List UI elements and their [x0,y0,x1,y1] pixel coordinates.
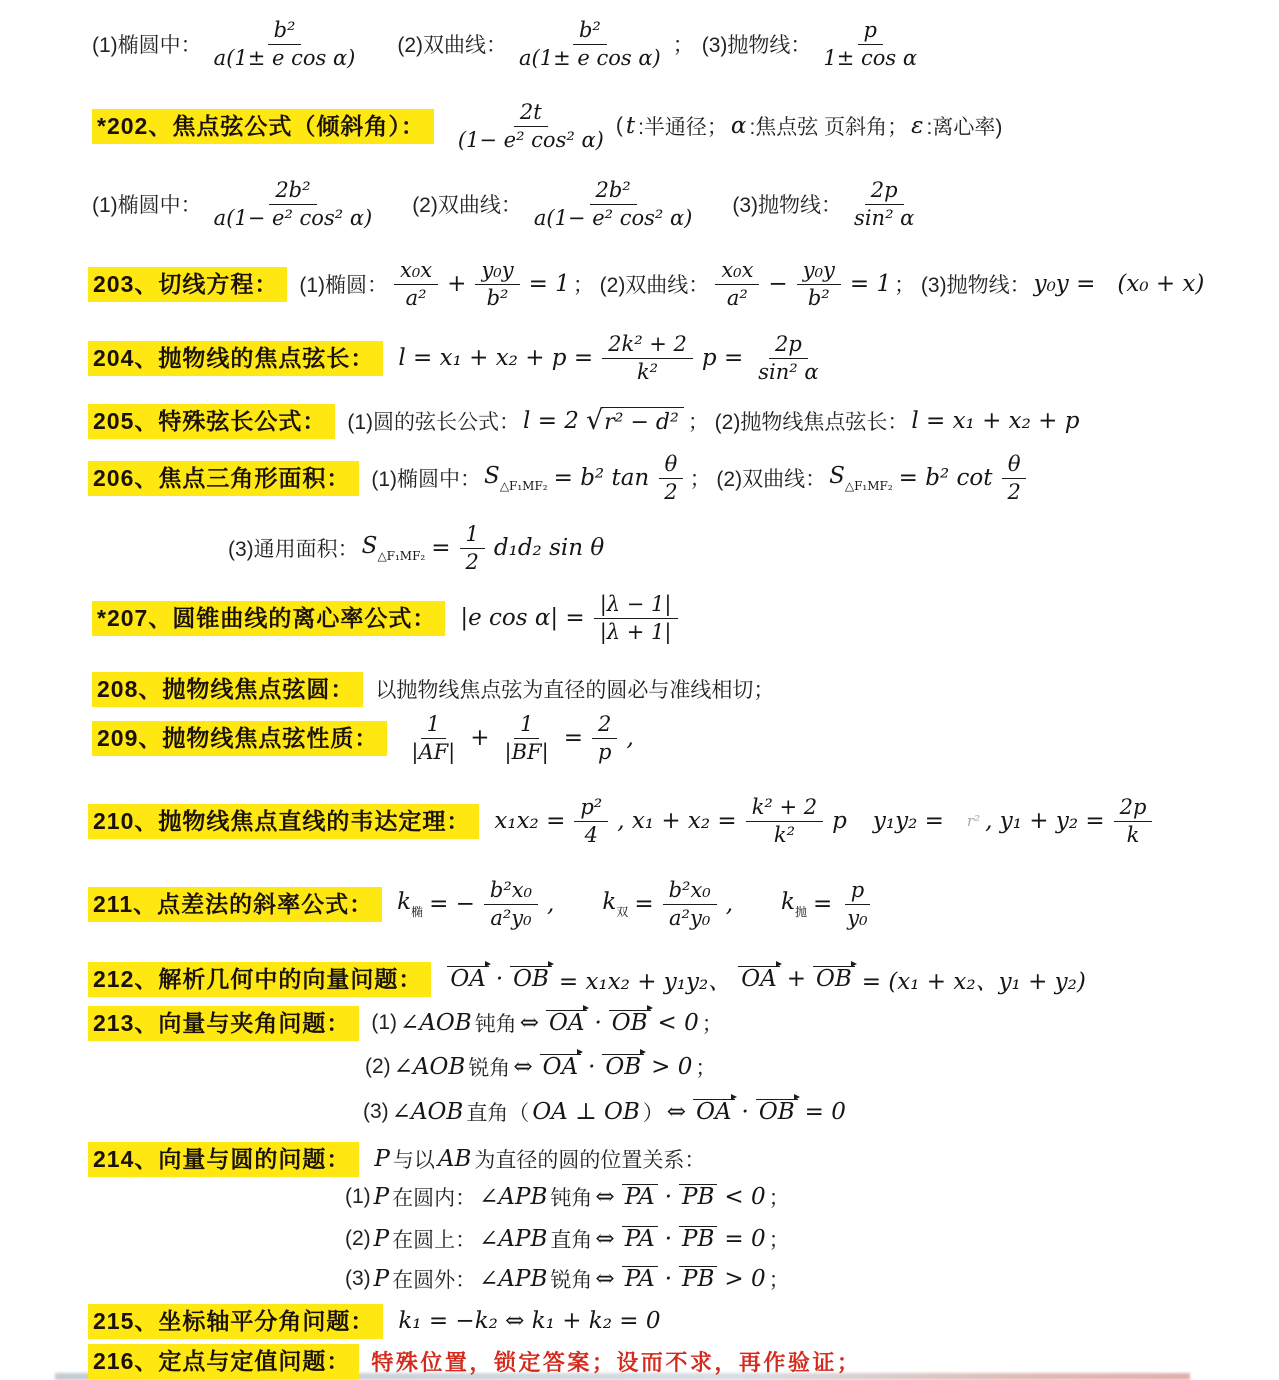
math-run: ∠APB [479,1266,547,1292]
fraction-denominator: a(1− e² cos² α) [528,205,699,231]
math-run: = x₁x₂ + y₁y₂、 [559,963,731,996]
item-heading: *207、圆锥曲线的离心率公式： [92,601,445,636]
math-run: ⇔ [513,1054,532,1080]
fraction-numerator: 2t [514,100,548,127]
barred-term: PA [622,1266,658,1292]
math-run: ∠APB [479,1226,547,1252]
math-run: = [634,891,653,917]
math-run: = (x₁ + x₂、y₁ + y₂) [862,963,1086,996]
formula-line: 204、抛物线的焦点弦长：l = x₁ + x₂ + p =2k² + 2k²p… [88,332,831,385]
fraction: 2pk [1114,795,1153,848]
fraction: 2k² + 2k² [602,332,693,385]
fraction-numerator: 1 [514,712,539,739]
subscript-text: △F₁MF₂ [500,479,548,493]
fraction-denominator: a² [721,285,754,311]
text-run: ； [673,29,694,59]
spacer [704,204,732,205]
spacer [736,904,778,905]
text-run: (3) [345,1267,371,1291]
item-heading: 206、焦点三角形面积： [88,461,359,496]
text-run: 在圆上： [392,1224,476,1254]
fraction-denominator: |AF| [405,739,461,765]
text-run: (2)双曲线： [412,189,522,219]
math-run: · [742,1099,749,1125]
math-run: · [594,1010,601,1036]
text-run: ； [702,1008,723,1038]
text-run: :焦点弦 页斜角； [749,111,908,141]
spacer [1098,284,1114,285]
math-run: ⇔ [595,1226,614,1252]
math-run: , [626,725,633,751]
fraction-numerator: 2b² [269,178,316,205]
text-run: ； [695,1052,716,1082]
fraction-denominator: 1± cos α [817,45,923,71]
fraction: b²x₀a²y₀ [484,878,538,931]
barred-term: PB [679,1226,717,1252]
math-run: + [787,966,806,992]
math-run: = − [429,891,475,917]
math-run: = b² cot [899,465,993,491]
math-run: = [431,535,450,561]
fraction: 12 [460,522,485,575]
fraction: 2t(1− e² cos² α) [452,100,610,153]
text-run: ； [769,1182,790,1212]
subscript-text: 双 [616,905,628,919]
barred-term: PA [622,1184,658,1210]
spacer [694,44,702,45]
math-run: ∠APB [479,1184,547,1210]
math-run: p = [702,345,743,371]
math-run: P [374,1146,389,1172]
formula-line: (2) ∠AOB 锐角 ⇔OA·OB> 0； [365,1052,716,1082]
formula-line: (2) P 在圆上： ∠APB 直角 ⇔PA·PB= 0； [345,1224,790,1254]
text-run: (1)椭圆中： [371,463,481,493]
fraction-denominator: a(1− e² cos² α) [208,205,379,231]
formula-line: (3) ∠AOB 直角（ OA ⊥ OB ） ⇔OA·OB= 0 [363,1097,849,1127]
fraction: p1± cos α [817,18,923,71]
fraction-numerator: 2p [1114,795,1153,822]
fraction-denominator: sin² α [848,205,920,231]
fraction: θ2 [658,452,683,505]
math-run: l = 2 [523,408,579,434]
text-run: (2) [345,1227,371,1251]
vector-term: OB [510,966,552,992]
math-run: = 1 [529,271,570,297]
formula-line: 203、切线方程：(1)椭圆：x₀xa²+y₀yb²= 1； (2)双曲线：x₀… [88,258,1207,311]
fraction-numerator: p [858,18,883,45]
fraction-denominator: y₀ [841,905,873,931]
fraction: 2b²a(1− e² cos² α) [208,178,379,231]
text-run: ； (2)双曲线： [690,463,827,493]
fraction-numerator: θ [1002,452,1027,479]
text-run: :离心率) [926,111,1002,141]
spacer [557,904,599,905]
math-run: P [374,1266,389,1292]
math-run: k₁ = −k₂ ⇔ k₁ + k₂ = 0 [398,1308,660,1334]
math-run: , [726,891,733,917]
fraction: py₀ [841,878,873,931]
fraction-denominator: (1− e² cos² α) [452,127,610,153]
item-heading: 210、抛物线焦点直线的韦达定理： [88,804,479,839]
text-run: 在圆内： [392,1182,476,1212]
math-run: P [374,1226,389,1252]
math-run: (x₀ + x) [1117,271,1204,297]
fraction-numerator: p² [574,795,608,822]
math-run: d₁d₂ sin θ [494,535,604,561]
math-run: ∠AOB [392,1099,464,1125]
text-run: (2) [365,1055,391,1079]
math-run: · [665,1226,672,1252]
fraction-denominator: k² [631,359,664,385]
fraction-denominator: a²y₀ [484,905,537,931]
math-run: · [496,966,503,992]
fraction: b²a(1± e cos α) [513,18,667,71]
formula-line: 211、点差法的斜率公式：k椭= −b²x₀a²y₀,k双=b²x₀a²y₀,k… [88,878,880,931]
formula-line: 214、向量与圆的问题：P 与以 AB 为直径的圆的位置关系： [88,1142,705,1177]
subscript-base: k [397,889,411,915]
item-heading: 212、解析几何中的向量问题： [88,962,431,997]
fraction-numerator: 2k² + 2 [602,332,693,359]
fraction-numerator: 2p [865,178,904,205]
math-run: l = x₁ + x₂ + p = [398,345,593,371]
text-run: 为直径的圆的位置关系： [474,1144,705,1174]
text-run: (1)椭圆： [299,269,388,299]
math-run: y₁y₂ = [873,808,944,834]
formula-line: 212、解析几何中的向量问题：OA·OB= x₁x₂ + y₁y₂、OA+OB=… [88,962,1089,997]
text-run: ） [643,1097,664,1127]
subscript-base: S [829,463,845,489]
math-run: = [813,891,832,917]
fraction-denominator: 4 [579,822,604,848]
text-run: (2)双曲线： [397,29,507,59]
formula-line: *202、焦点弦公式（倾斜角）：2t(1− e² cos² α)(t:半通径； … [92,100,1002,153]
subscripted-term: k椭 [397,889,423,920]
formula-line: (3) P 在圆外： ∠APB 锐角 ⇔PA·PB> 0； [345,1264,790,1294]
sqrt-expression: √r² − d² [586,407,684,435]
subscript-base: S [484,463,500,489]
text-run: ； [769,1224,790,1254]
text-run: ； (3)抛物线： [894,269,1031,299]
fraction-denominator: k² [768,822,801,848]
formula-sheet: (1)椭圆中：b²a(1± e cos α)(2)双曲线：b²a(1± e co… [0,0,1279,1380]
formula-line: (1)椭圆中：b²a(1± e cos α)(2)双曲线：b²a(1± e co… [92,18,929,71]
subscript-text: 抛 [795,905,807,919]
vector-term: OB [813,966,855,992]
fraction: 1|BF| [499,712,555,765]
fraction-denominator: 2 [1001,479,1026,505]
item-heading: 211、点差法的斜率公式： [88,887,382,922]
math-run: − [768,271,787,297]
vector-term: OA [546,1010,587,1036]
item-heading: 216、定点与定值问题： [88,1344,359,1379]
math-run: t [626,113,635,139]
fraction-numerator: b² [268,18,302,45]
fraction-numerator: b²x₀ [663,878,717,905]
formula-line: 213、向量与夹角问题：(1) ∠AOB 钝角 ⇔OA·OB< 0； [88,1006,723,1041]
subscript-base: k [781,889,795,915]
text-run: (1)椭圆中： [92,29,202,59]
fraction-numerator: b² [573,18,607,45]
subscripted-term: k双 [602,889,628,920]
math-run: = 1 [850,271,891,297]
subscripted-term: k抛 [781,889,807,920]
fraction-denominator: a(1± e cos α) [513,45,667,71]
formula-line: 215、坐标轴平分角问题：k₁ = −k₂ ⇔ k₁ + k₂ = 0 [88,1304,663,1339]
math-run: ε [911,113,923,139]
vector-term: OA [693,1099,734,1125]
math-run: P [374,1184,389,1210]
fraction: b²x₀a²y₀ [663,878,717,931]
fraction-denominator: k [1121,822,1146,848]
item-heading: 208、抛物线焦点弦圆： [92,672,363,707]
subscripted-term: S△F₁MF₂ [829,463,893,493]
fraction-denominator: |λ + 1| [594,619,678,645]
fraction-numerator: 2b² [590,178,637,205]
text-run: 钝角 [475,1008,517,1038]
spacer [367,44,397,45]
fraction-numerator: k² + 2 [746,795,823,822]
math-run: < 0 [658,1010,699,1036]
fraction: b²a(1± e cos α) [208,18,362,71]
math-run: x₁x₂ = [494,808,565,834]
item-heading: 215、坐标轴平分角问题： [88,1304,383,1339]
math-run: p [832,808,847,834]
math-run: l = x₁ + x₂ + p [911,408,1079,434]
faint-term: r² [967,812,980,830]
radicand: r² − d² [603,407,684,435]
fraction: 2p [592,712,617,765]
math-run: < 0 [724,1184,765,1210]
text-run: (3)通用面积： [228,533,359,563]
fraction-numerator: 1 [421,712,446,739]
formula-line: 206、焦点三角形面积：(1)椭圆中： S△F₁MF₂= b² tanθ2； (… [88,452,1033,505]
math-run: y₀y = [1034,271,1096,297]
text-run: ； [769,1264,790,1294]
fraction-denominator: a(1± e cos α) [208,45,362,71]
barred-term: PB [679,1184,717,1210]
fraction: |λ − 1||λ + 1| [594,592,678,645]
math-run: + [447,271,466,297]
math-run: = 0 [724,1226,765,1252]
vector-term: OA [540,1054,581,1080]
spacer [947,821,965,822]
text-run: ； (2)抛物线焦点弦长： [688,406,909,436]
subscripted-term: S△F₁MF₂ [484,463,548,493]
fraction: θ2 [1001,452,1026,505]
formula-line: 205、特殊弦长公式：(1)圆的弦长公式： l = 2√r² − d²； (2)… [88,404,1082,439]
barred-term: PA [622,1226,658,1252]
radical-sign-icon: √ [586,407,603,434]
item-heading: 213、向量与夹角问题： [88,1006,359,1041]
item-heading: 214、向量与圆的问题： [88,1142,359,1177]
item-heading: 209、抛物线焦点弦性质： [92,721,387,756]
text-run: 以抛物线焦点弦为直径的圆必与准线相切； [375,674,774,704]
text-run: (3) [363,1100,389,1124]
text-run: 直角 [550,1224,592,1254]
fraction-denominator: p [592,739,617,765]
text-run: (3)抛物线： [702,29,812,59]
barred-term: PB [679,1266,717,1292]
vector-term: OA [738,966,779,992]
text-run: 锐角 [550,1264,592,1294]
item-heading: 203、切线方程： [88,267,287,302]
math-run: , [547,891,554,917]
math-run: AB [438,1146,472,1172]
vector-term: OA [447,966,488,992]
fraction-numerator: |λ − 1| [594,592,678,619]
math-run: · [665,1184,672,1210]
fraction-numerator: p [845,878,870,905]
fraction: x₀xa² [394,258,438,311]
fraction: x₀xa² [715,258,759,311]
math-run: ∠AOB [394,1054,466,1080]
text-run: :半通径； [638,111,728,141]
fraction-denominator: a² [400,285,433,311]
text-run: (3)抛物线： [732,189,842,219]
fraction: p²4 [574,795,608,848]
math-run: = b² tan [554,465,650,491]
item-heading: *202、焦点弦公式（倾斜角）： [92,109,434,144]
math-run: + [470,725,489,751]
text-run: ( [616,114,623,138]
fraction: y₀yb² [797,258,841,311]
fraction-denominator: a²y₀ [663,905,716,931]
formula-line: (3)通用面积： S△F₁MF₂=12d₁d₂ sin θ [228,522,607,575]
math-run: ⇔ [595,1266,614,1292]
fraction-denominator: |BF| [499,739,555,765]
fraction-denominator: b² [481,285,515,311]
item-heading: 205、特殊弦长公式： [88,404,335,439]
text-run: 在圆外： [392,1264,476,1294]
fraction-numerator: 2 [592,712,617,739]
math-run: ⇔ [595,1184,614,1210]
red-note: 特殊位置，锁定答案；设而不求，再作验证； [371,1346,861,1377]
fraction-numerator: θ [659,452,684,479]
fraction-denominator: 2 [460,549,485,575]
formula-line: 216、定点与定值问题：特殊位置，锁定答案；设而不求，再作验证； [88,1344,861,1379]
fraction-numerator: 2p [769,332,808,359]
fraction: k² + 2k² [746,795,823,848]
math-run: , y₁ + y₂ = [985,808,1105,834]
math-run: ⇔ [520,1010,539,1036]
vector-term: OB [756,1099,798,1125]
vector-term: OB [609,1010,651,1036]
text-run: 直角（ [466,1097,529,1127]
formula-line: (1)椭圆中：2b²a(1− e² cos² α)(2)双曲线：2b²a(1− … [92,178,926,231]
fraction: 2psin² α [752,332,824,385]
math-run: α [731,113,747,139]
vector-term: OB [602,1054,644,1080]
subscript-text: 椭 [411,905,423,919]
text-run: 钝角 [550,1182,592,1212]
fraction-numerator: x₀x [715,258,759,285]
fraction-denominator: b² [802,285,836,311]
math-run: · [665,1266,672,1292]
subscripted-term: S△F₁MF₂ [362,533,426,563]
subscript-text: △F₁MF₂ [377,549,425,563]
fraction: y₀yb² [475,258,519,311]
subscript-base: k [602,889,616,915]
math-run: OA ⊥ OB [532,1099,639,1125]
text-run: (1)椭圆中： [92,189,202,219]
fraction-numerator: b²x₀ [484,878,538,905]
formula-line: 210、抛物线焦点直线的韦达定理：x₁x₂ =p²4, x₁ + x₂ =k² … [88,795,1158,848]
math-run: > 0 [724,1266,765,1292]
formula-line: 208、抛物线焦点弦圆：以抛物线焦点弦为直径的圆必与准线相切； [92,672,774,707]
fraction: 1|AF| [405,712,461,765]
fraction-denominator: 2 [658,479,683,505]
math-run: · [588,1054,595,1080]
subscript-base: S [362,533,378,559]
fraction-denominator: sin² α [752,359,824,385]
subscript-text: △F₁MF₂ [845,479,893,493]
math-run: = [564,725,583,751]
text-run: 与以 [393,1144,435,1174]
item-heading: 204、抛物线的焦点弦长： [88,341,383,376]
text-run: 锐角 [468,1052,510,1082]
text-run: (1) [371,1011,397,1035]
formula-line: *207、圆锥曲线的离心率公式：|e cos α| =|λ − 1||λ + 1… [92,592,684,645]
fraction-numerator: x₀x [394,258,438,285]
math-run: ∠AOB [400,1010,472,1036]
fraction: 2psin² α [848,178,920,231]
text-run: (1)圆的弦长公式： [347,406,520,436]
fraction-numerator: y₀y [475,258,519,285]
math-run: ⇔ [667,1099,686,1125]
formula-line: 209、抛物线焦点弦性质：1|AF|+1|BF|=2p, [92,712,637,765]
math-run: > 0 [651,1054,692,1080]
text-run: ； (2)双曲线： [573,269,710,299]
spacer [850,821,870,822]
math-run: = 0 [805,1099,846,1125]
fraction: 2b²a(1− e² cos² α) [528,178,699,231]
spacer [384,204,412,205]
fraction-numerator: 1 [460,522,485,549]
math-run: |e cos α| = [460,605,584,631]
fraction-numerator: y₀y [797,258,841,285]
formula-line: (1) P 在圆内： ∠APB 钝角 ⇔PA·PB< 0； [345,1182,790,1212]
math-run: , x₁ + x₂ = [617,808,736,834]
text-run: (1) [345,1185,371,1209]
